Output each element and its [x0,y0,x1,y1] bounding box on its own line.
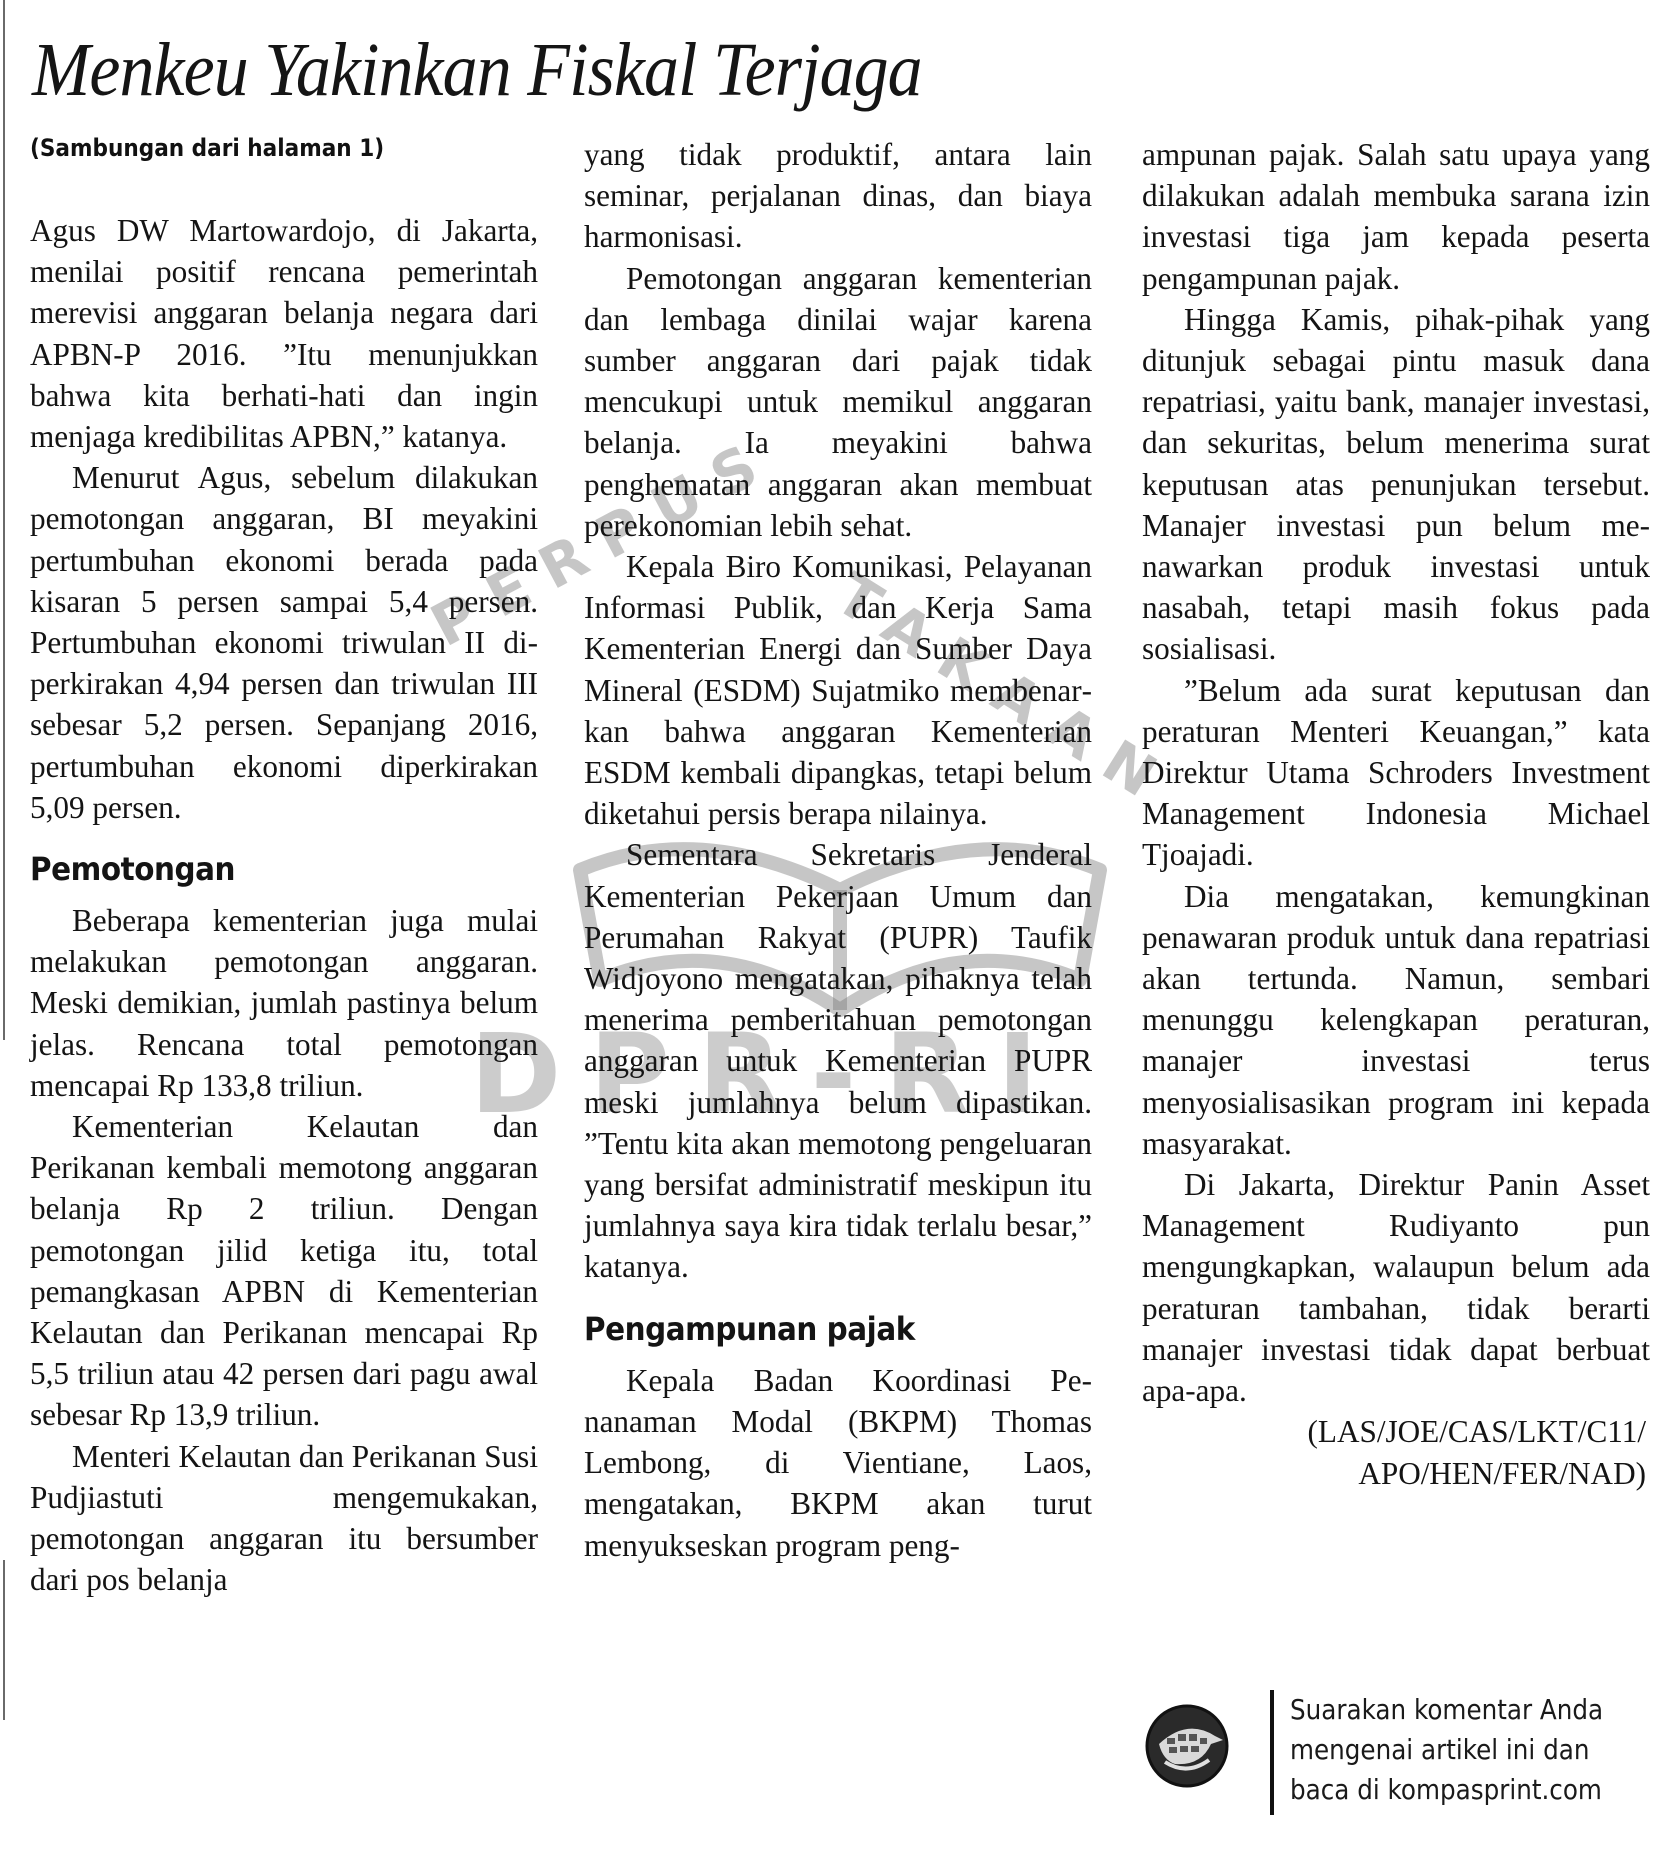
paragraph: Di Jakarta, Direktur Panin As­set Manage… [1142,1164,1650,1411]
paragraph: Dia mengatakan, kemungkin­an penawaran p… [1142,876,1650,1164]
paragraph: Beberapa kementerian juga mulai melakuka… [30,900,538,1106]
paragraph: Kepala Badan Koordinasi Pe­nanaman Modal… [584,1360,1092,1566]
paragraph: yang tidak produktif, antara lain semina… [584,134,1092,258]
paragraph: ”Belum ada surat keputusan dan peraturan… [1142,670,1650,876]
section-heading-pengampunan-pajak: Pengampunan pajak [584,1308,1051,1350]
article-column-2: yang tidak produktif, antara lain semina… [584,134,1092,1566]
paragraph: Kepala Biro Komunikasi, Pe­layanan Infor… [584,546,1092,834]
article-column-3: ampunan pajak. Salah satu upaya yang dil… [1142,134,1650,1494]
globe-speech-icon [1145,1704,1229,1788]
reporter-initials-line-2: APO/HEN/FER/NAD) [1142,1453,1650,1494]
paragraph: Sementara Sekretaris Jende­ral Kementeri… [584,834,1092,1287]
article-column-1: Agus DW Martowardojo, di Ja­karta, menil… [30,210,538,1601]
paragraph: Menurut Agus, sebelum di­lakukan pemoton… [30,457,538,828]
reporter-initials-line-1: (LAS/JOE/CAS/LKT/C11/ [1142,1411,1650,1452]
paragraph: Agus DW Martowardojo, di Ja­karta, menil… [30,210,538,457]
promo-line-3-link[interactable]: baca di kompasprint.com [1290,1770,1603,1810]
promo-line-2: mengenai artikel ini dan [1290,1730,1603,1770]
paragraph: Kementerian Kelautan dan Perikanan kemba… [30,1106,538,1436]
promo-text: Suarakan komentar Anda mengenai artikel … [1290,1690,1603,1810]
section-heading-pemotongan: Pemotongan [30,848,497,890]
promo-divider [1270,1690,1274,1815]
page-edge-rule [3,0,5,1040]
article-headline: Menkeu Yakinkan Fiskal Terjaga [32,20,922,120]
page-edge-rule-lower [3,1560,5,1720]
paragraph: Pemotongan anggaran ke­menterian dan lem… [584,258,1092,546]
paragraph: ampunan pajak. Salah satu upaya yang dil… [1142,134,1650,299]
comment-promo: Suarakan komentar Anda mengenai artikel … [1145,1690,1665,1800]
promo-line-1: Suarakan komentar Anda [1290,1690,1603,1730]
paragraph: Menteri Kelautan dan Peri­kanan Susi Pud… [30,1436,538,1601]
paragraph: Hingga Kamis, pihak-pihak yang ditunjuk … [1142,299,1650,670]
continued-from-label: (Sambungan dari halaman 1) [30,132,384,164]
